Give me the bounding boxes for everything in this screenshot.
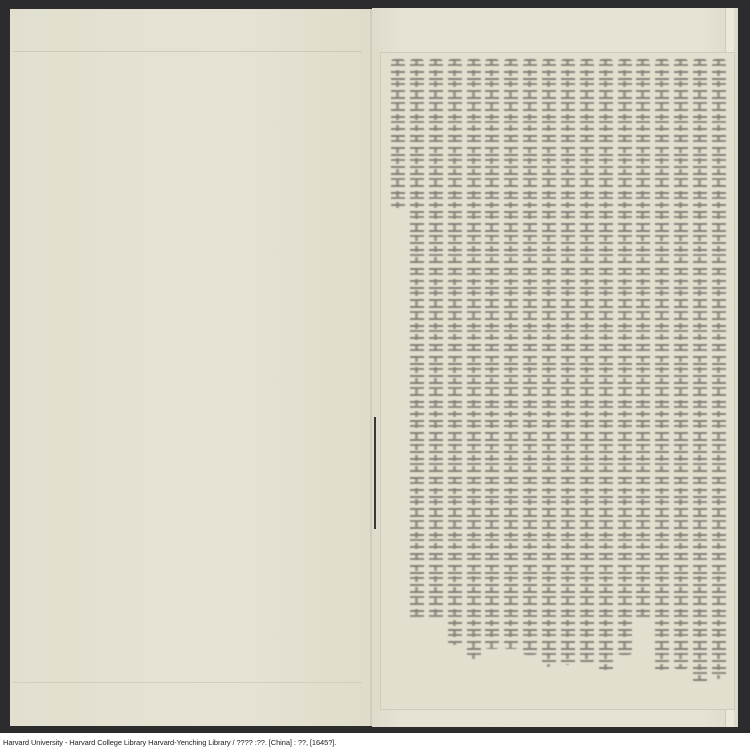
manuscript-column xyxy=(618,59,632,699)
handwritten-text xyxy=(674,59,688,669)
manuscript-column xyxy=(429,59,443,699)
manuscript-text-block xyxy=(380,52,735,710)
page-rule-top xyxy=(12,51,362,52)
handwritten-text xyxy=(504,59,518,649)
manuscript-column xyxy=(523,59,537,699)
handwritten-text xyxy=(655,59,669,671)
manuscript-column xyxy=(448,59,462,699)
handwritten-text xyxy=(542,59,556,667)
handwritten-text xyxy=(693,59,707,685)
handwritten-text xyxy=(561,59,575,665)
handwritten-text xyxy=(618,59,632,655)
manuscript-column xyxy=(504,59,518,699)
handwritten-text xyxy=(523,59,537,655)
handwritten-text xyxy=(448,59,462,645)
handwritten-text xyxy=(712,59,726,679)
handwritten-text xyxy=(467,59,481,659)
manuscript-column xyxy=(561,59,575,699)
manuscript-column xyxy=(485,59,499,699)
manuscript-column xyxy=(410,59,424,699)
manuscript-column xyxy=(467,59,481,699)
manuscript-columns xyxy=(391,59,726,699)
handwritten-text xyxy=(391,59,405,209)
page-rule-bottom xyxy=(12,682,362,683)
manuscript-column xyxy=(580,59,594,699)
handwritten-text xyxy=(580,59,594,663)
manuscript-column xyxy=(542,59,556,699)
manuscript-column xyxy=(636,59,650,699)
manuscript-column xyxy=(655,59,669,699)
handwritten-text xyxy=(410,59,424,619)
manuscript-column xyxy=(712,59,726,699)
handwritten-text xyxy=(485,59,499,649)
manuscript-column xyxy=(391,59,405,699)
manuscript-column xyxy=(693,59,707,699)
margin-mark-line xyxy=(374,417,376,529)
handwritten-text xyxy=(429,59,443,619)
manuscript-column xyxy=(674,59,688,699)
image-caption: Harvard University - Harvard College Lib… xyxy=(3,738,336,747)
handwritten-text xyxy=(599,59,613,671)
handwritten-text xyxy=(636,59,650,619)
scanned-image xyxy=(0,0,750,733)
left-page-blank xyxy=(10,9,372,726)
manuscript-column xyxy=(599,59,613,699)
